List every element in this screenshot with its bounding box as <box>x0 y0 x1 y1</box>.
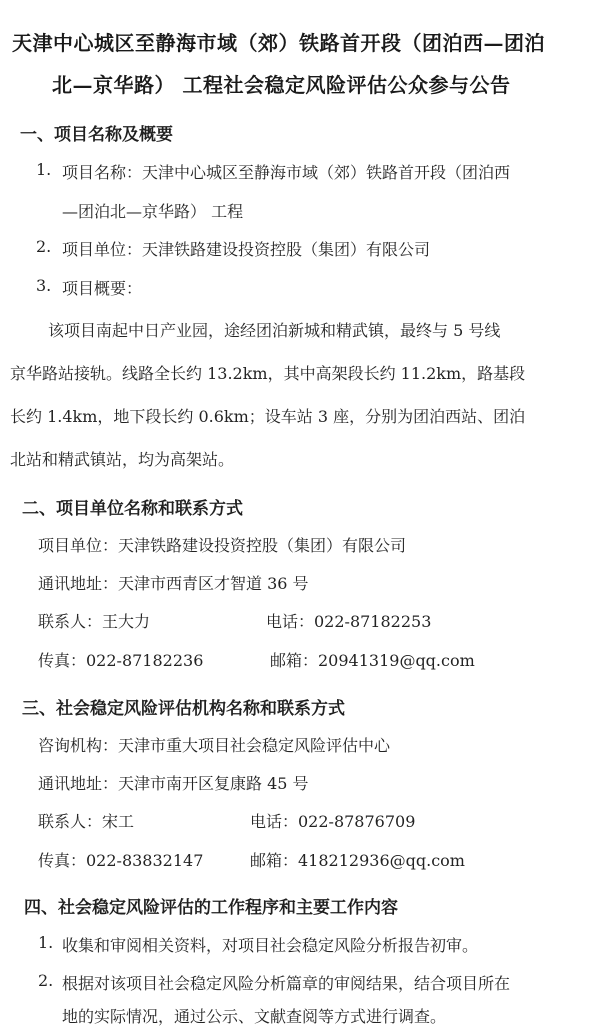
overview-paragraph-line-3: 长约 1.4km，地下段长约 0.6km；设车站 3 座，分别为团泊西站、团泊 <box>10 404 525 427</box>
overview-paragraph-line-1: 该项目南起中日产业园，途经团泊新城和精武镇，最终与 5 号线 <box>48 318 500 341</box>
item-3-line: 项目概要： <box>62 276 142 299</box>
overview-paragraph-line-2: 京华路站接轨。线路全长约 13.2km，其中高架段长约 11.2km，路基段 <box>10 361 525 384</box>
step-2-line-2: 地的实际情况，通过公示、文献查阅等方式进行调查。 <box>62 1004 446 1027</box>
item-1-line-1: 项目名称：天津中心城区至静海市域（郊）铁路首开段（团泊西 <box>62 160 510 183</box>
item-2-number: 2. <box>36 237 51 256</box>
section-2-heading: 二、项目单位名称和联系方式 <box>22 494 243 519</box>
section-4-heading: 四、社会稳定风险评估的工作程序和主要工作内容 <box>24 893 398 918</box>
step-2-number: 2. <box>38 971 53 990</box>
item-1-number: 1. <box>36 160 51 179</box>
step-1-number: 1. <box>38 933 53 952</box>
step-1-line: 收集和审阅相关资料，对项目社会稳定风险分析报告初审。 <box>62 933 478 956</box>
agency-fax: 传真：022-83832147 <box>38 848 203 871</box>
overview-paragraph-line-4: 北站和精武镇站，均为高架站。 <box>10 447 234 470</box>
section-1-heading: 一、项目名称及概要 <box>20 120 173 145</box>
section-3-heading: 三、社会稳定风险评估机构名称和联系方式 <box>22 694 345 719</box>
item-3-number: 3. <box>36 276 51 295</box>
item-2-line: 项目单位：天津铁路建设投资控股（集团）有限公司 <box>62 237 430 260</box>
project-phone: 电话：022-87182253 <box>266 609 431 632</box>
item-1-line-2: —团泊北—京华路） 工程 <box>62 199 243 222</box>
title-line-1: 天津中心城区至静海市域（郊）铁路首开段（团泊西—团泊 <box>12 27 545 56</box>
title-line-2: 北—京华路） 工程社会稳定风险评估公众参与公告 <box>52 69 510 98</box>
agency-contact: 联系人：宋工 <box>38 809 134 832</box>
agency-email: 邮箱：418212936@qq.com <box>250 848 465 871</box>
agency-name: 咨询机构：天津市重大项目社会稳定风险评估中心 <box>38 733 390 756</box>
project-email: 邮箱：20941319@qq.com <box>270 648 475 671</box>
project-address: 通讯地址：天津市西青区才智道 36 号 <box>38 571 309 594</box>
project-fax: 传真：022-87182236 <box>38 648 203 671</box>
step-2-line-1: 根据对该项目社会稳定风险分析篇章的审阅结果，结合项目所在 <box>62 971 510 994</box>
project-unit: 项目单位：天津铁路建设投资控股（集团）有限公司 <box>38 533 406 556</box>
project-contact: 联系人：王大力 <box>38 609 150 632</box>
agency-phone: 电话：022-87876709 <box>250 809 415 832</box>
agency-address: 通讯地址：天津市南开区复康路 45 号 <box>38 771 309 794</box>
